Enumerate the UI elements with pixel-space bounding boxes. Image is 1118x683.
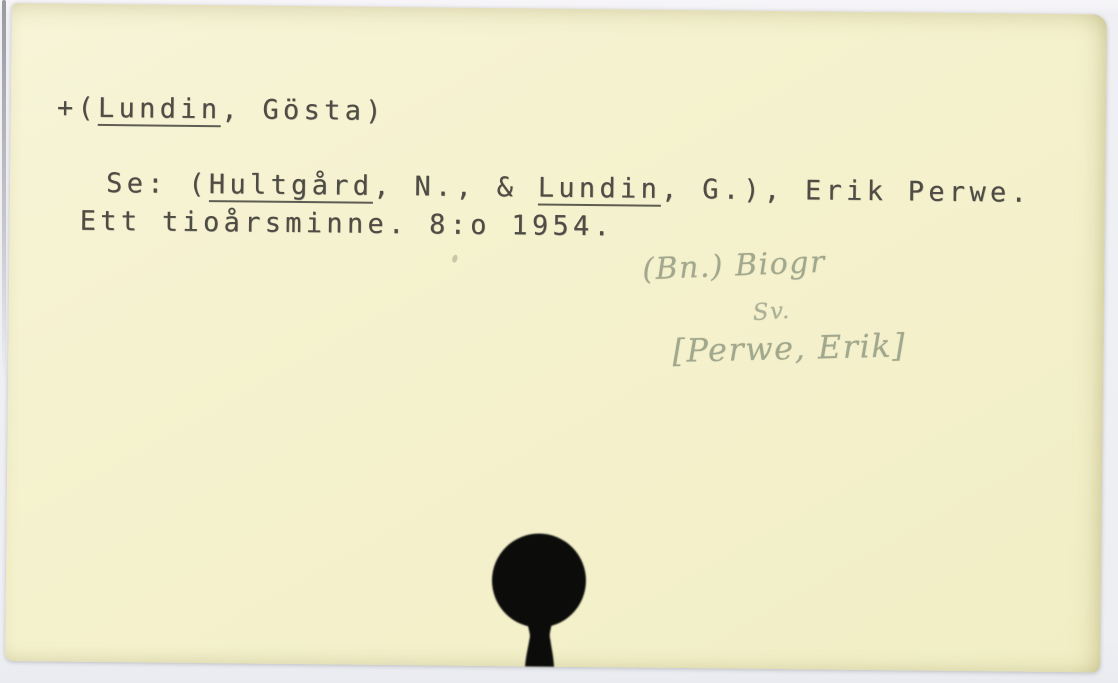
typed-heading-line: +(Lundin, Gösta)	[57, 92, 386, 126]
heading-name-underlined: Lundin	[98, 93, 222, 127]
reference-part1: Se: (	[106, 168, 209, 200]
scanner-edge-shadow	[2, 0, 6, 380]
catalog-card: +(Lundin, Gösta) Se: (Hultgård, N., & Lu…	[5, 3, 1107, 672]
reference-part3: , G.), Erik Perwe.	[661, 174, 1031, 209]
handwritten-annotation-line3: [Perwe, Erik]	[672, 326, 907, 370]
reference-name1-underlined: Hultgård	[209, 169, 374, 204]
reference-name2-underlined: Lundin	[538, 173, 662, 207]
reference-part2: , N., &	[373, 171, 538, 204]
typed-reference-line: Se: (Hultgård, N., & Lundin, G.), Erik P…	[106, 168, 1031, 209]
scanned-catalog-card-page: +(Lundin, Gösta) Se: (Hultgård, N., & Lu…	[0, 0, 1118, 683]
handwritten-annotation-line2: Sv.	[752, 298, 791, 326]
heading-suffix: , Gösta)	[221, 94, 386, 127]
heading-prefix: +(	[57, 92, 98, 123]
hole-punch-icon	[483, 533, 594, 667]
typed-continuation-line: Ett tioårsminne. 8:o 1954.	[80, 206, 615, 243]
stray-pencil-mark	[451, 254, 458, 263]
handwritten-annotation-line1: (Bn.) Biogr	[642, 245, 827, 288]
